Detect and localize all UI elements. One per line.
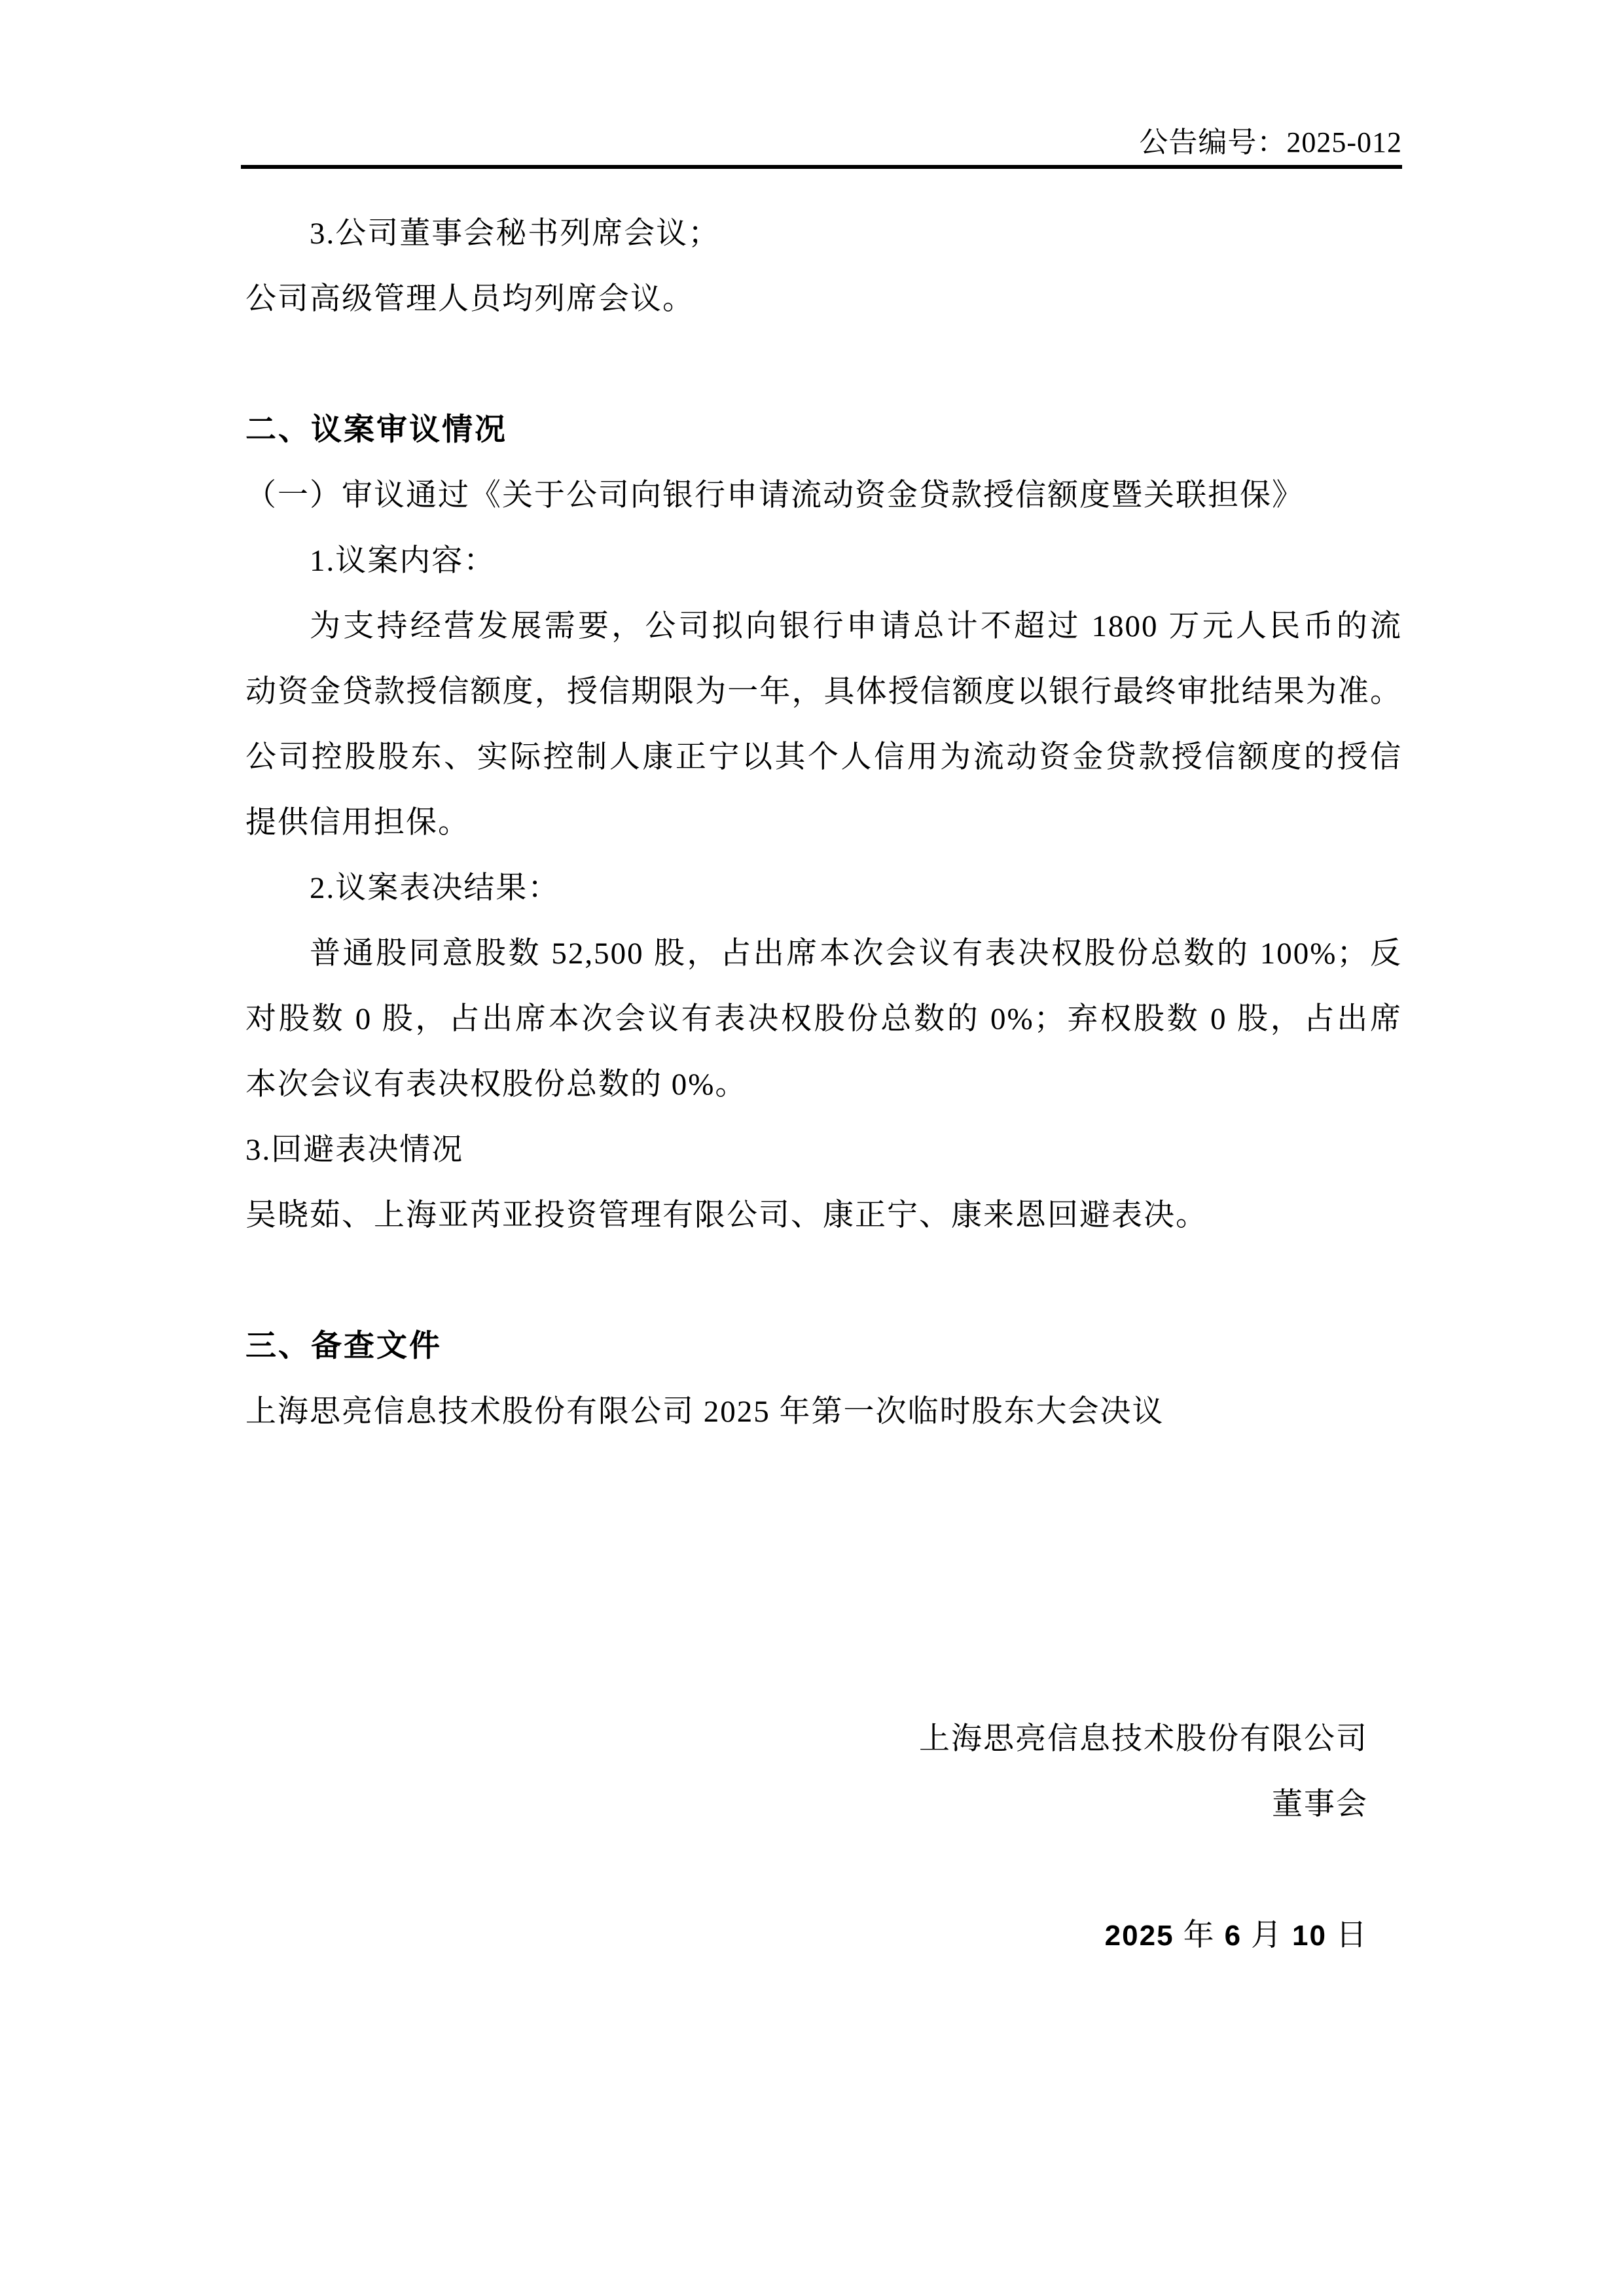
pre-signature-spacer (245, 1444, 1402, 1706)
vote-result-line-3: 本次会议有表决权股份总数的 0%。 (245, 1052, 1402, 1117)
signature-board: 董事会 (245, 1772, 1402, 1837)
proposal-content-line-2: 动资金贷款授信额度，授信期限为一年，具体授信额度以银行最终审批结果为准。 (245, 659, 1402, 725)
attendance-secretary-line: 3.公司董事会秘书列席会议； (245, 201, 1402, 266)
announcement-page: 公告编号：2025-012 3.公司董事会秘书列席会议； 公司高级管理人员均列席… (0, 0, 1624, 2296)
signature-date-year-unit: 年 (1183, 1918, 1216, 1952)
vote-result-label: 2.议案表决结果： (245, 855, 1402, 921)
vote-result-line-1: 普通股同意股数 52,500 股，占出席本次会议有表决权股份总数的 100%；反 (245, 921, 1402, 986)
header-divider-rule (241, 165, 1402, 169)
signature-date-month: 6 (1225, 1920, 1242, 1952)
proposal-title: （一）审议通过《关于公司向银行申请流动资金贷款授信额度暨关联担保》 (245, 463, 1402, 528)
proposal-content-label: 1.议案内容： (245, 528, 1402, 594)
reference-document-line: 上海思亮信息技术股份有限公司 2025 年第一次临时股东大会决议 (245, 1379, 1402, 1444)
section-reference-heading: 三、备查文件 (245, 1314, 1402, 1379)
signature-company: 上海思亮信息技术股份有限公司 (245, 1706, 1402, 1772)
recusal-line: 吴晓茹、上海亚芮亚投资管理有限公司、康正宁、康来恩回避表决。 (245, 1183, 1402, 1248)
blank-line (245, 332, 1402, 397)
signature-date-day: 10 (1292, 1920, 1327, 1952)
signature-date: 2025年6月10日 (245, 1837, 1402, 1903)
section-review-heading: 二、议案审议情况 (245, 397, 1402, 463)
proposal-content-line-4: 提供信用担保。 (245, 790, 1402, 855)
blank-line (245, 1248, 1402, 1314)
vote-result-line-2: 对股数 0 股，占出席本次会议有表决权股份总数的 0%；弃权股数 0 股，占出席 (245, 986, 1402, 1052)
document-body: 3.公司董事会秘书列席会议； 公司高级管理人员均列席会议。 二、议案审议情况 （… (245, 201, 1402, 1903)
attendance-managers-line: 公司高级管理人员均列席会议。 (245, 266, 1402, 332)
proposal-content-line-3: 公司控股股东、实际控制人康正宁以其个人信用为流动资金贷款授信额度的授信 (245, 725, 1402, 790)
signature-date-year: 2025 (1105, 1920, 1174, 1952)
signature-date-month-unit: 月 (1251, 1918, 1283, 1952)
signature-date-day-unit: 日 (1336, 1918, 1368, 1952)
announcement-number: 公告编号：2025-012 (245, 120, 1402, 166)
recusal-label: 3.回避表决情况 (245, 1117, 1402, 1183)
proposal-content-line-1: 为支持经营发展需要，公司拟向银行申请总计不超过 1800 万元人民币的流 (245, 594, 1402, 659)
